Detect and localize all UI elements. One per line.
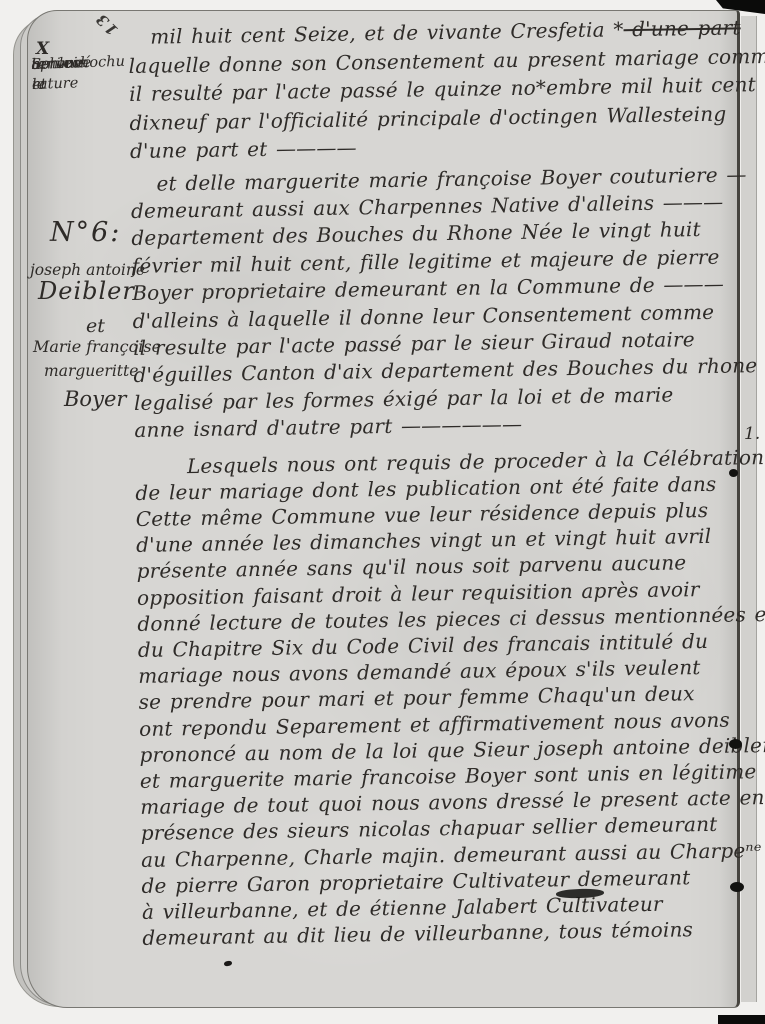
binding-dot [729,739,742,749]
bride-name-line-2: margueritte [44,362,138,380]
binding-dot [730,882,744,892]
manuscript-page: 13 X Schlechochuberime.aprouvé lerenvoie… [27,10,740,1008]
paragraph-bride-identity: et delle marguerite marie françoise Boye… [130,161,750,445]
margin-conjunction: et [86,315,105,337]
paragraph-celebration: Lesquels nous ont requis de proceder à l… [135,444,759,951]
ink-blot [224,960,233,966]
text-segment: mil huit cent Seize, et de vivante Cresf… [150,17,624,48]
binding-dot [729,469,738,477]
bride-name-line-3: Boyer [64,387,126,411]
struck-text-segment: d'une part [623,15,741,41]
scanned-register-page: 13 X Schlechochuberime.aprouvé lerenvoie… [0,0,765,1024]
scan-corner-shadow-bottom-right [718,1015,765,1024]
act-text: mil huit cent Seize, et de vivante Cresf… [128,13,759,951]
right-margin-mark: 1. [744,424,760,444]
groom-name-line-2: Deibler [38,277,135,305]
approval-note-line: la rature [31,53,79,95]
paragraph-groom-consent: mil huit cent Seize, et de vivante Cresf… [128,13,746,165]
folio-number: 13 [91,9,121,39]
act-number: N°6: [50,217,121,248]
